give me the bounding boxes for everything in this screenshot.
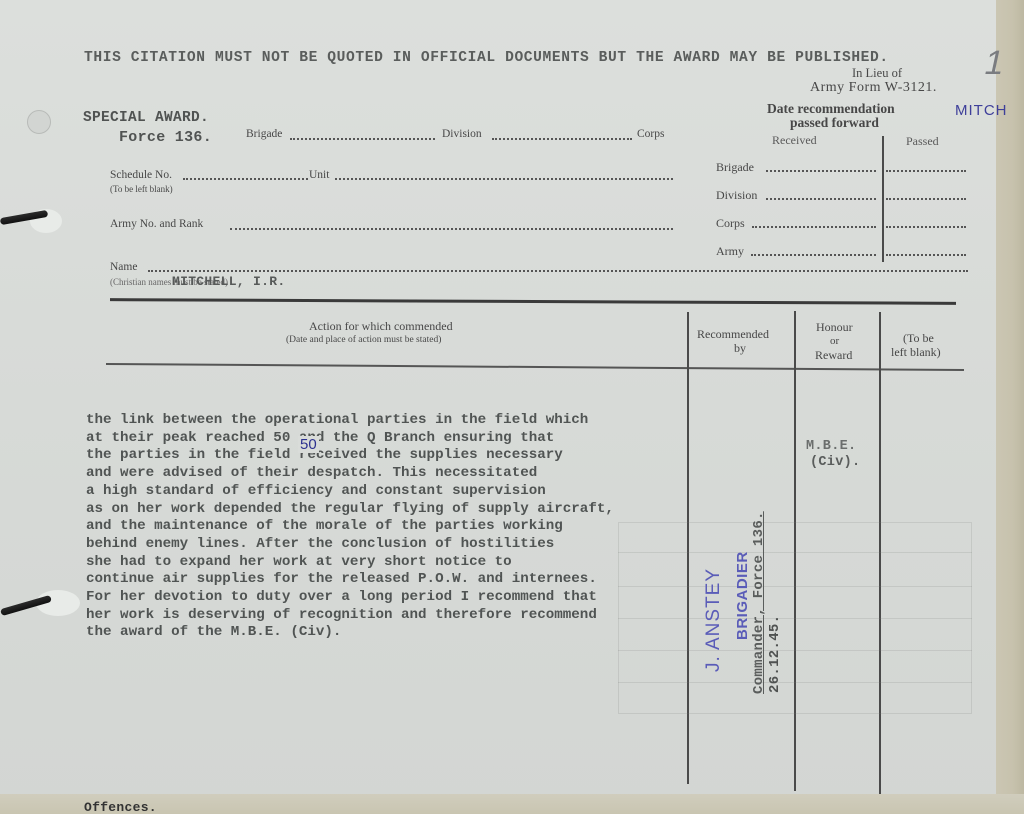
routing-division-passed-field[interactable] bbox=[886, 198, 966, 200]
honour-value: M.B.E. bbox=[806, 439, 856, 454]
force-value: Force 136. bbox=[119, 129, 212, 146]
special-award-label: SPECIAL AWARD. bbox=[83, 110, 209, 126]
routing-corps-received-field[interactable] bbox=[752, 226, 876, 228]
citation-line: at their peak reached 50 and the Q Branc… bbox=[86, 430, 614, 448]
brigade-field[interactable] bbox=[290, 138, 435, 140]
routing-table-divider bbox=[882, 136, 884, 262]
bleed-through-line bbox=[618, 586, 972, 587]
army-no-rank-label: Army No. and Rank bbox=[110, 218, 203, 230]
routing-corps-passed-field[interactable] bbox=[886, 226, 966, 228]
routing-army-passed-field[interactable] bbox=[886, 254, 966, 256]
routing-row-army: Army bbox=[716, 244, 744, 259]
to-be-left-blank-note: (To be left blank) bbox=[110, 184, 173, 194]
name-field[interactable] bbox=[148, 270, 968, 272]
citation-line: continue air supplies for the released P… bbox=[86, 571, 614, 589]
routing-row-brigade: Brigade bbox=[716, 160, 754, 175]
army-no-rank-field[interactable] bbox=[230, 228, 673, 230]
stamp-rank: BRIGADIER bbox=[734, 551, 751, 640]
name-label: Name bbox=[110, 261, 137, 273]
routing-header-passed: Passed bbox=[906, 134, 939, 149]
stamp-name: J. ANSTEY bbox=[703, 568, 725, 672]
citation-line: the link between the operational parties… bbox=[86, 412, 614, 430]
citation-line: she had to expand her work at very short… bbox=[86, 554, 614, 572]
recommendation-date: 26.12.45. bbox=[767, 615, 783, 693]
bleed-through-line bbox=[618, 650, 972, 651]
bleed-through-line bbox=[618, 682, 972, 683]
unit-label: Unit bbox=[309, 169, 329, 181]
schedule-no-label: Schedule No. bbox=[110, 169, 172, 181]
division-label: Division bbox=[442, 128, 482, 140]
schedule-no-field[interactable] bbox=[183, 178, 308, 180]
citation-line: and were advised of their despatch. This… bbox=[86, 465, 614, 483]
routing-header-received: Received bbox=[772, 133, 817, 148]
next-page-fragment: Offences. bbox=[84, 800, 157, 814]
routing-row-corps: Corps bbox=[716, 216, 745, 231]
recommender-title: Commander, Force 136. bbox=[751, 511, 767, 694]
routing-army-received-field[interactable] bbox=[751, 254, 876, 256]
header-blank-2: left blank) bbox=[891, 345, 941, 360]
header-action: Action for which commended bbox=[309, 319, 453, 334]
name-value: MITCHELL, I.R. bbox=[172, 274, 285, 289]
division-field[interactable] bbox=[492, 138, 632, 140]
bleed-through-line bbox=[618, 552, 972, 553]
paper-edge-right bbox=[996, 0, 1024, 814]
header-recommended-by-2: by bbox=[734, 341, 746, 356]
corps-label: Corps bbox=[637, 128, 664, 140]
citation-line: and the maintenance of the morale of the… bbox=[86, 518, 614, 536]
in-lieu-of-label: In Lieu of bbox=[852, 66, 902, 81]
handwritten-number: 50 bbox=[298, 436, 319, 453]
header-honour-2: or bbox=[830, 335, 839, 347]
honour-value-qualifier: (Civ). bbox=[810, 455, 860, 470]
header-action-sub: (Date and place of action must be stated… bbox=[286, 335, 441, 345]
citation-line: a high standard of efficiency and consta… bbox=[86, 483, 614, 501]
citation-line: For her devotion to duty over a long per… bbox=[86, 589, 614, 607]
citation-line: her work is deserving of recognition and… bbox=[86, 607, 614, 625]
passed-forward-label: passed forward bbox=[790, 115, 879, 131]
bleed-through-line bbox=[618, 618, 972, 619]
routing-row-division: Division bbox=[716, 188, 757, 203]
brigade-label: Brigade bbox=[246, 128, 282, 140]
citation-text: the link between the operational parties… bbox=[86, 412, 614, 642]
header-honour-3: Reward bbox=[815, 348, 852, 363]
header-honour-1: Honour bbox=[816, 320, 853, 335]
army-form-number: Army Form W-3121. bbox=[810, 80, 937, 96]
routing-brigade-passed-field[interactable] bbox=[886, 170, 966, 172]
header-blank-1: (To be bbox=[903, 331, 934, 346]
handwritten-name-tag: MITCH bbox=[955, 102, 1008, 119]
citation-notice: THIS CITATION MUST NOT BE QUOTED IN OFFI… bbox=[84, 50, 889, 66]
citation-line: the award of the M.B.E. (Civ). bbox=[86, 624, 614, 642]
routing-division-received-field[interactable] bbox=[766, 198, 876, 200]
citation-line: as on her work depended the regular flyi… bbox=[86, 501, 614, 519]
citation-line: the parties in the field received the su… bbox=[86, 447, 614, 465]
citation-line: behind enemy lines. After the conclusion… bbox=[86, 536, 614, 554]
unit-field[interactable] bbox=[335, 178, 673, 180]
punch-hole-icon bbox=[27, 110, 51, 134]
header-recommended-by-1: Recommended bbox=[697, 327, 769, 342]
routing-brigade-received-field[interactable] bbox=[766, 170, 876, 172]
